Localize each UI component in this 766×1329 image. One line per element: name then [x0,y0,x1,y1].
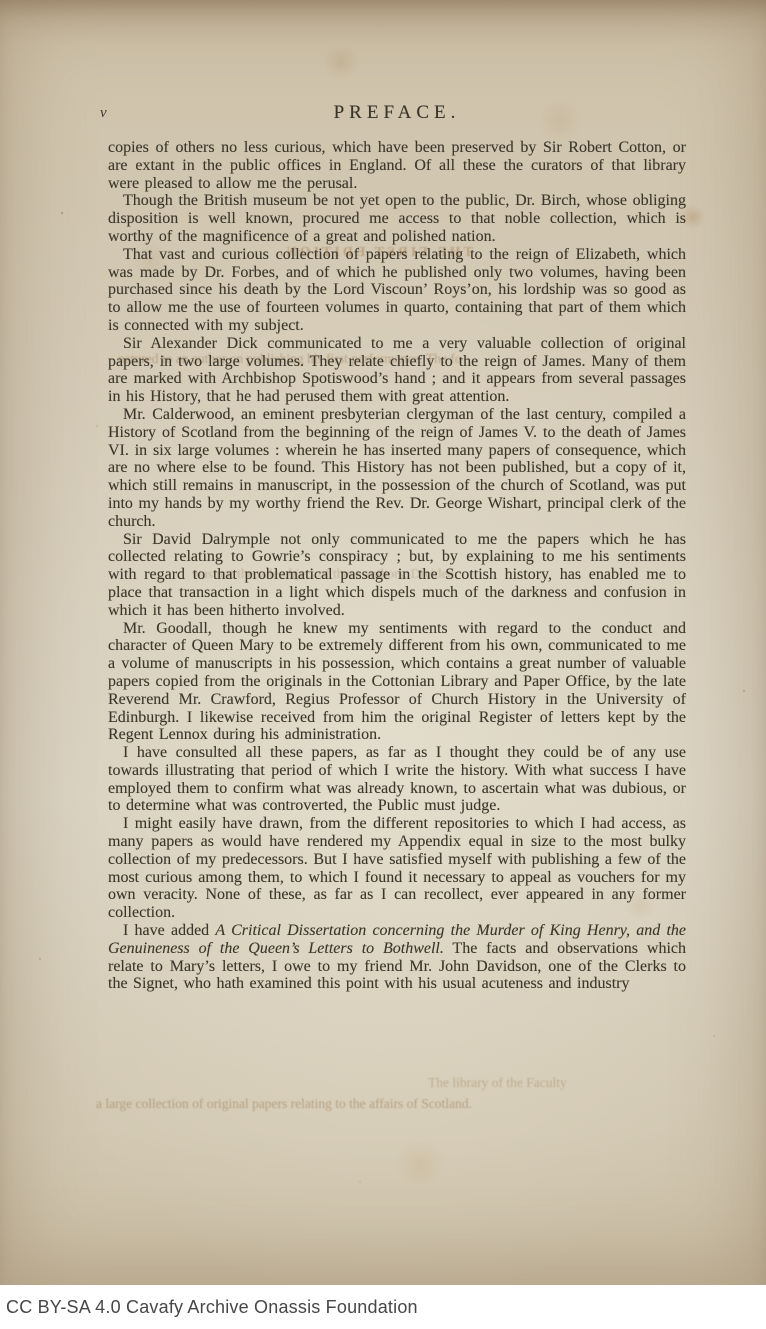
paragraph: Mr. Calderwood, an eminent presbyterian … [108,406,686,531]
ghost-text-line: The library of the Faculty [428,1075,567,1091]
paragraph: copies of others no less curious, which … [108,139,686,192]
preface-text-block: copies of others no less curious, which … [108,139,686,993]
paragraph: I have consulted all these papers, as fa… [108,744,686,815]
page-number: v [100,105,107,122]
paragraph-lead: I have added [123,922,215,939]
ghost-text-line: a large collection of original papers re… [96,1096,472,1112]
paragraph: Though the British museum be not yet ope… [108,192,686,245]
paragraph: I might easily have drawn, from the diff… [108,815,686,922]
license-text: CC BY-SA 4.0 Cavafy Archive Onassis Foun… [0,1297,418,1318]
paragraph: Mr. Goodall, though he knew my sentiment… [108,620,686,745]
paragraph: That vast and curious collection of pape… [108,246,686,335]
license-bar: CC BY-SA 4.0 Cavafy Archive Onassis Foun… [0,1285,766,1329]
paragraph: Sir Alexander Dick communicated to me a … [108,335,686,406]
paragraph: Sir David Dalrymple not only communicate… [108,531,686,620]
scanned-page: v PREFACE. THE FIRST EDITION. natured to… [0,0,766,1285]
page-title: PREFACE. [108,102,686,124]
paragraph: I have added A Critical Dissertation con… [108,922,686,993]
screenshot-stage: v PREFACE. THE FIRST EDITION. natured to… [0,0,766,1329]
